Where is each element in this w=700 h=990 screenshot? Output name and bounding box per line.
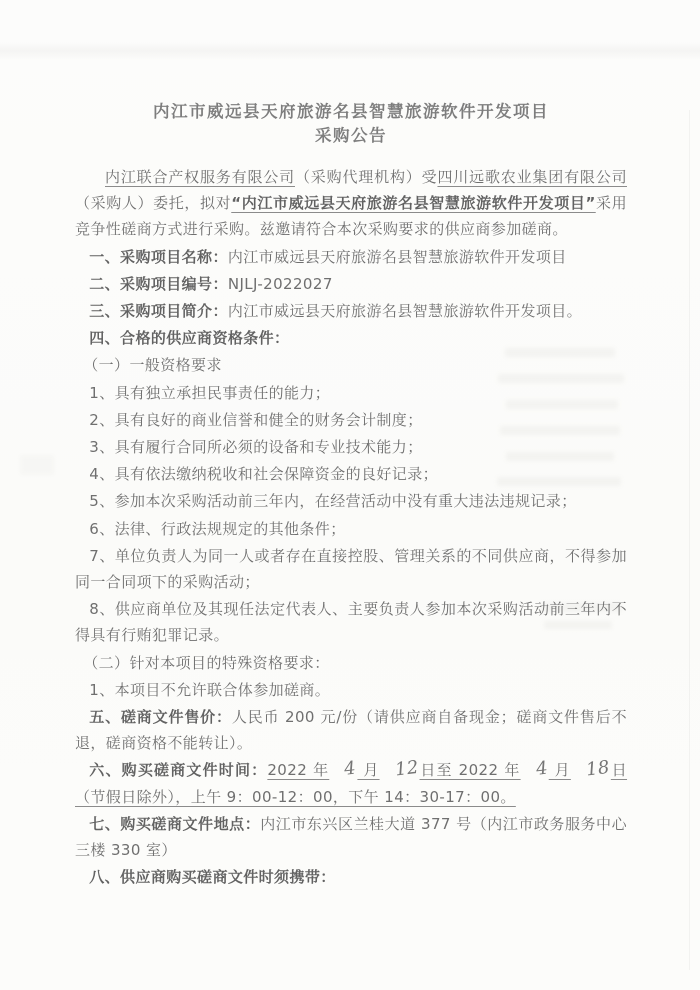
general-requirement-item: 2、具有良好的商业信誉和健全的财务会计制度； [75, 407, 627, 433]
intro-paragraph: 内江联合产权服务有限公司（采购代理机构）受四川远歌农业集团有限公司（采购人）委托… [75, 164, 627, 243]
handwritten-day: 12 [380, 768, 420, 773]
section-project-brief: 三、采购项目简介：内江市威远县天府旅游名县智慧旅游软件开发项目。 [75, 298, 627, 324]
general-requirement-item: 1、具有独立承担民事责任的能力； [75, 380, 627, 406]
section-value: NJLJ-2022027 [228, 275, 333, 293]
intro-text: （采购人）委托，拟对 [75, 194, 231, 212]
general-requirement-item: 7、单位负责人为同一人或者存在直接控股、管理关系的不同供应商，不得参加同一合同项… [75, 543, 627, 595]
section-project-number: 二、采购项目编号：NJLJ-2022027 [75, 271, 627, 297]
general-requirement-item: 5、参加本次采购活动前三年内，在经营活动中没有重大违法违规记录； [75, 488, 627, 514]
section-purchase-place: 七、购买磋商文件地点：内江市东兴区兰桂大道 377 号（内江市政务服务中心三楼 … [75, 811, 627, 863]
section-bring-requirements: 八、供应商购买磋商文件时须携带： [75, 864, 627, 890]
time-text: 月 [357, 761, 379, 779]
general-requirement-item: 6、法律、行政法规规定的其他条件； [75, 516, 627, 542]
scan-shadow-band [0, 42, 700, 60]
special-requirement-item: 1、本项目不允许联合体参加磋商。 [75, 677, 627, 703]
agency-name: 内江联合产权服务有限公司 [105, 168, 295, 186]
time-text: 日至 2022 年 [420, 761, 521, 779]
intro-text: （采购代理机构）受 [295, 168, 437, 186]
document-title: 内江市威远县天府旅游名县智慧旅游软件开发项目 [75, 100, 627, 123]
handwritten-day: 18 [571, 768, 611, 773]
section-value: 内江市威远县天府旅游名县智慧旅游软件开发项目。 [228, 302, 582, 320]
section-label: 六、购买磋商文件时间： [89, 761, 267, 779]
section-project-name: 一、采购项目名称：内江市威远县天府旅游名县智慧旅游软件开发项目 [75, 244, 627, 270]
special-requirements-header: （二）针对本项目的特殊资格要求： [75, 650, 627, 676]
project-name-quoted: “内江市威远县天府旅游名县智慧旅游软件开发项目” [231, 194, 595, 212]
section-label: 二、采购项目编号： [89, 275, 228, 293]
document-subtitle: 采购公告 [75, 124, 627, 147]
section-label: 四、合格的供应商资格条件： [89, 329, 289, 347]
section-label: 五、磋商文件售价： [89, 708, 232, 726]
section-value: 内江市威远县天府旅游名县智慧旅游软件开发项目 [228, 248, 567, 266]
section-label: 三、采购项目简介： [89, 302, 228, 320]
scanned-document-page: 内江市威远县天府旅游名县智慧旅游软件开发项目 采购公告 内江联合产权服务有限公司… [0, 0, 700, 990]
section-qualification: 四、合格的供应商资格条件： [75, 325, 627, 351]
general-requirement-item: 3、具有履行合同所必须的设备和专业技术能力； [75, 434, 627, 460]
general-requirements-header: （一）一般资格要求 [75, 352, 627, 378]
paper-edge-line [689, 110, 690, 970]
section-purchase-time: 六、购买磋商文件时间：2022 年4 月12日至 2022 年4 月18日（节假… [75, 757, 627, 809]
general-requirement-item: 8、供应商单位及其现任法定代表人、主要负责人参加本次采购活动前三年内不得具有行贿… [75, 596, 627, 648]
time-text: 2022 年 [267, 761, 329, 779]
section-label: 一、采购项目名称： [89, 248, 228, 266]
purchaser-name: 四川远歌农业集团有限公司 [437, 168, 627, 186]
time-text: 月 [549, 761, 571, 779]
handwritten-month: 4 [521, 769, 549, 772]
section-label: 七、购买磋商文件地点： [89, 815, 260, 833]
section-document-price: 五、磋商文件售价：人民币 200 元/份（请供应商自备现金；磋商文件售后不退，磋… [75, 704, 627, 756]
document-body: 内江市威远县天府旅游名县智慧旅游软件开发项目 采购公告 内江联合产权服务有限公司… [75, 100, 627, 891]
general-requirement-item: 4、具有依法缴纳税收和社会保障资金的良好记录； [75, 461, 627, 487]
handwritten-month: 4 [329, 769, 357, 772]
bleed-through-mark [20, 455, 54, 475]
section-label: 八、供应商购买磋商文件时须携带： [89, 868, 335, 886]
